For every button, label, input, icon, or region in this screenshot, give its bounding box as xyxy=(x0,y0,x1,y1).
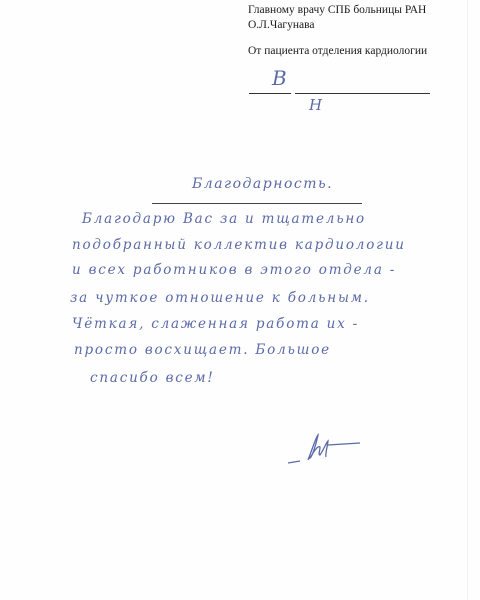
letter-line: спасибо всем! xyxy=(90,370,215,386)
letter-page: Главному врачу СПБ больницы РАН О.Л.Чагу… xyxy=(0,0,480,600)
name-underline xyxy=(295,93,430,94)
addressee-line-1: Главному врачу СПБ больницы РАН xyxy=(248,3,426,18)
addressee-line-2: О.Л.Чагунава xyxy=(248,18,315,33)
letter-line: Благодарю Вас за и тщательно xyxy=(82,211,366,227)
prefix-underline xyxy=(249,93,291,94)
page-edge xyxy=(467,0,468,600)
letter-line: и всех работников в этого отдела - xyxy=(72,262,396,278)
letter-line: подобранный коллектив кардиологии xyxy=(72,237,406,253)
letter-line: просто восхищает. Большое xyxy=(74,342,331,358)
signature xyxy=(280,425,380,470)
letter-line: Чёткая, слаженная работа их - xyxy=(72,316,359,332)
letter-title: Благодарность. xyxy=(192,176,333,192)
from-line: От пациента отделения кардиологии xyxy=(248,44,427,59)
handwritten-prefix: В xyxy=(272,66,287,90)
title-underline xyxy=(152,203,362,204)
letter-line: за чуткое отношение к больным. xyxy=(70,290,370,306)
handwritten-name: Н xyxy=(309,96,323,114)
